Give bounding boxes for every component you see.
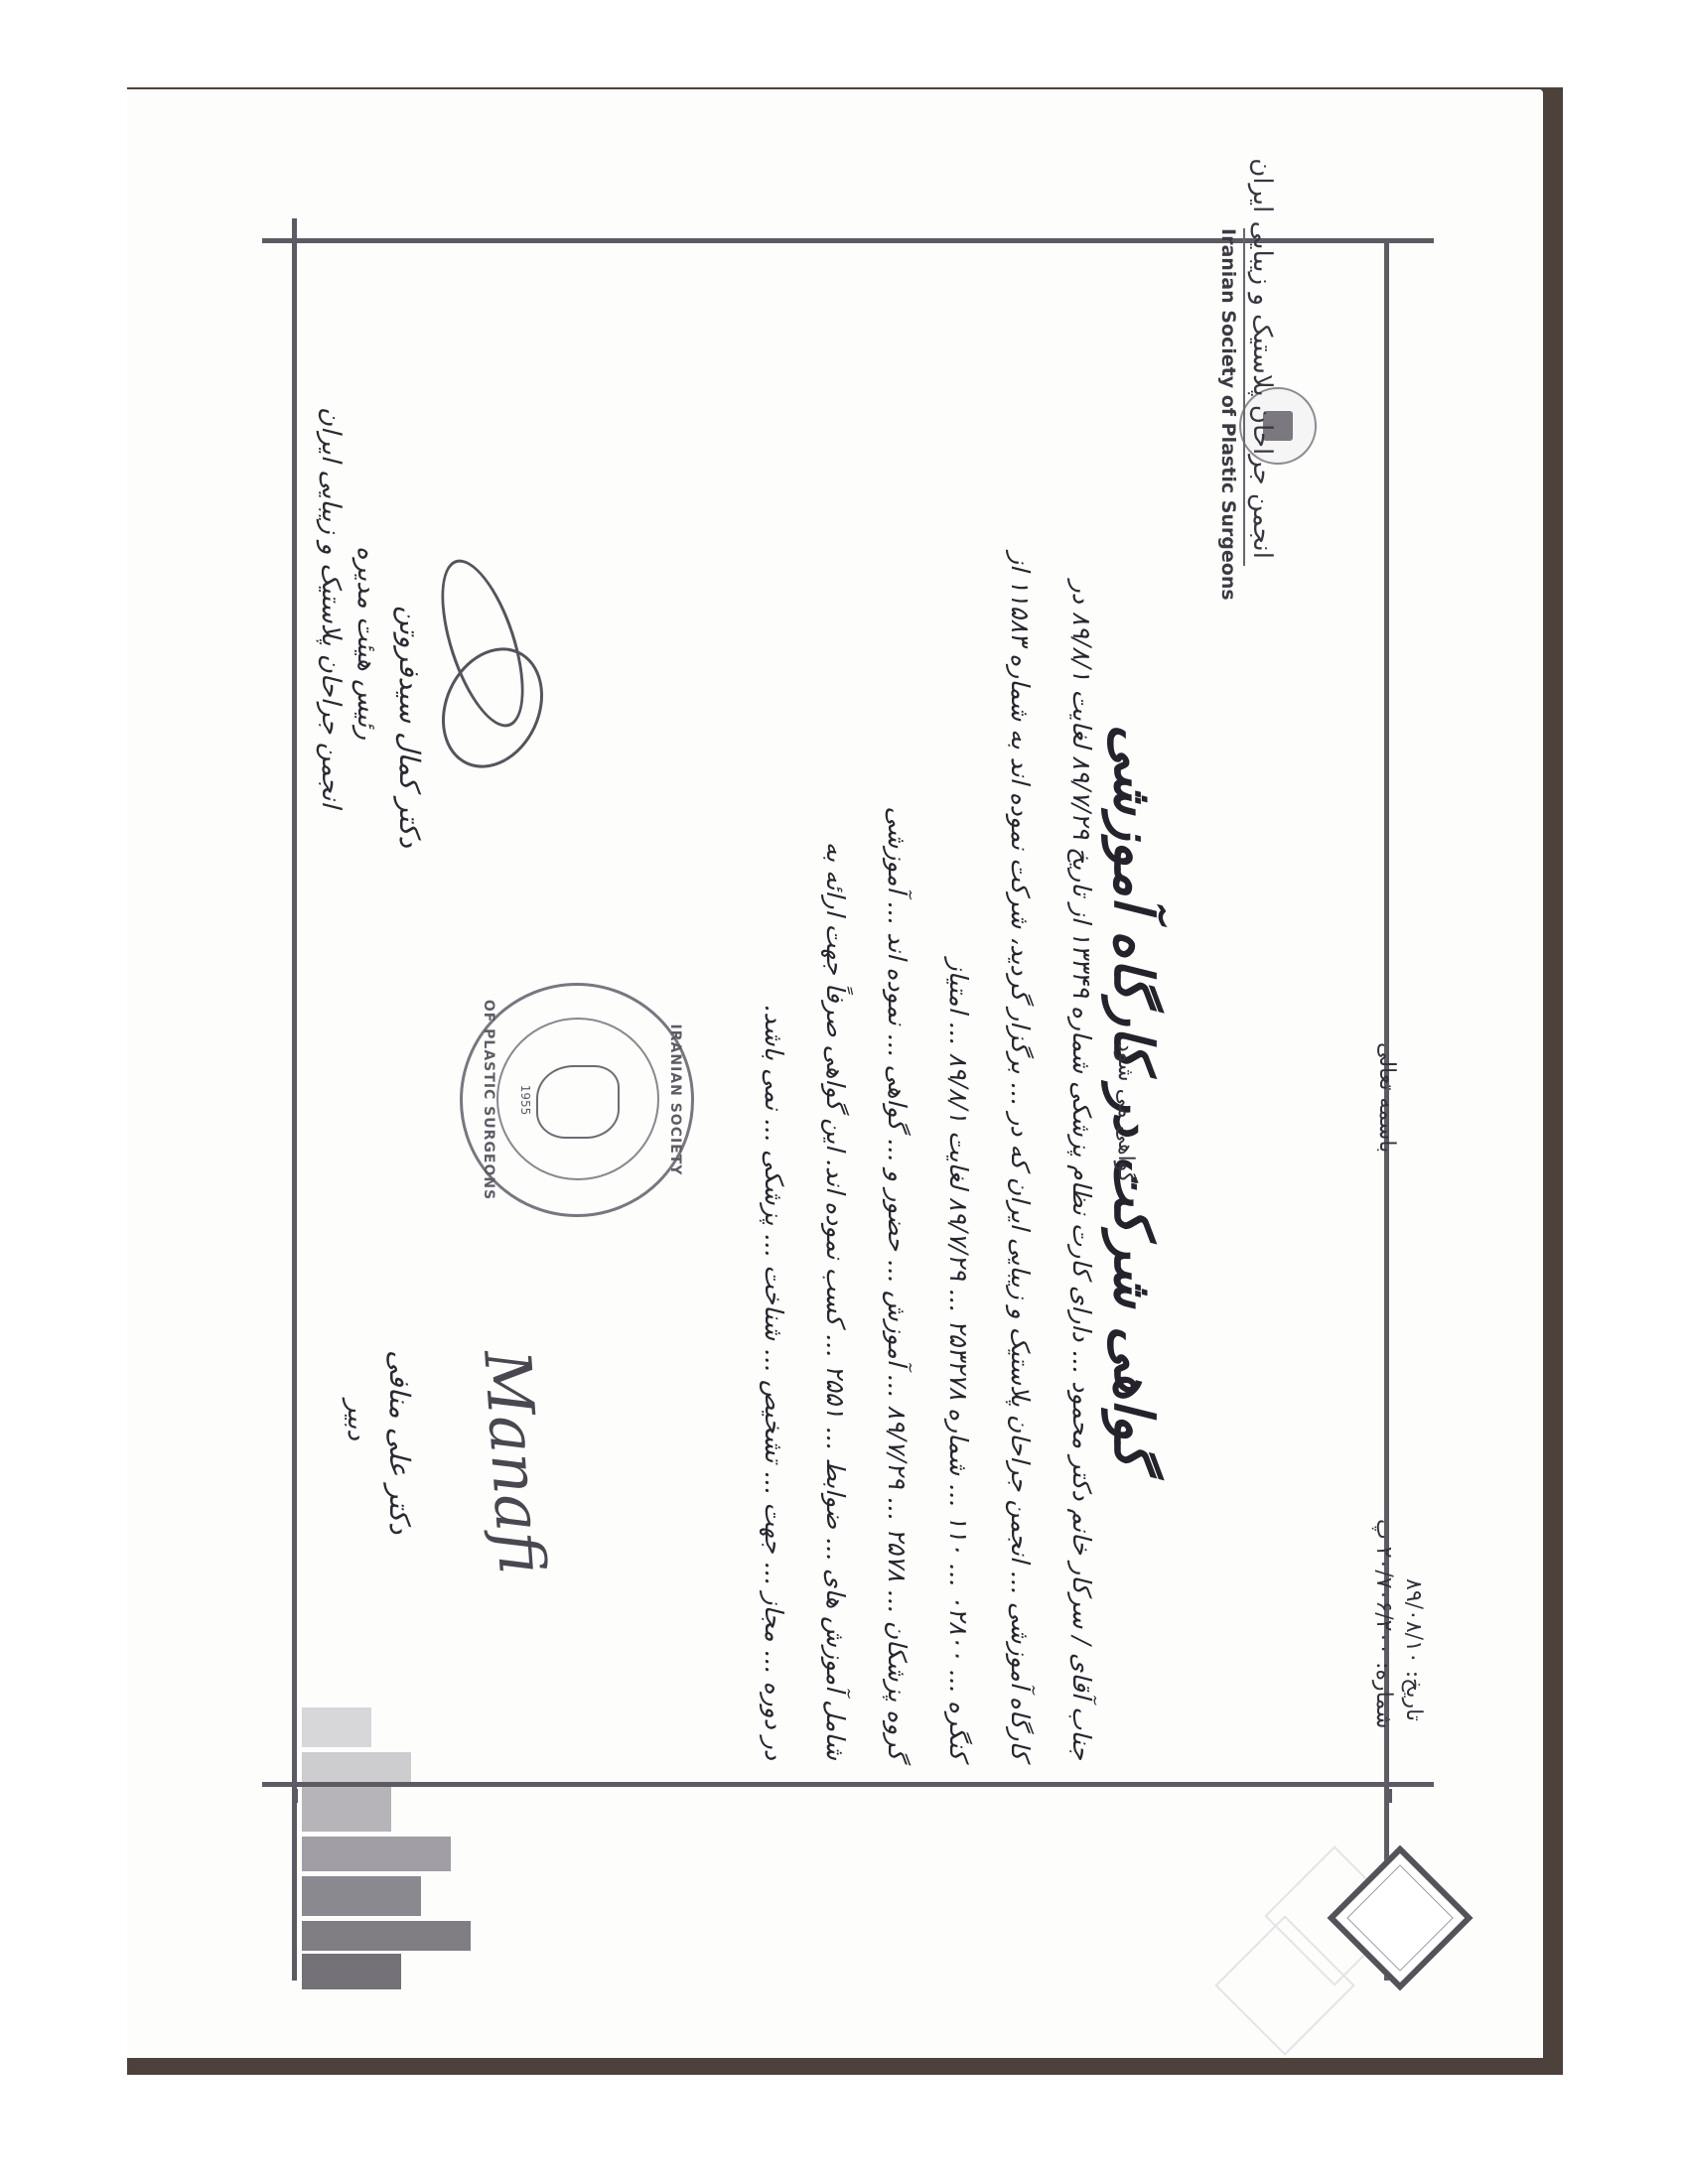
reference-number: شماره: ۲۰/۷۰۶/۲۰۰ پ	[1371, 1519, 1396, 1729]
frame-bottom-line	[292, 243, 297, 1980]
body-text-line: شامل آموزش های ... ضوابط ... ۲۵۵۱ ... کس…	[821, 842, 850, 1760]
society-name-underline	[1243, 228, 1245, 566]
seal-year: 1955	[518, 986, 532, 1214]
signatory-1-organization: انجمن جراحان پلاستیک و زیبایی ایران	[316, 407, 346, 808]
certificate-sheet: انجمن جراحان پلاستیک و زیبایی ایران Iran…	[127, 89, 1543, 2058]
signatory-2-signature: Manafi	[469, 1348, 558, 1576]
signatory-2-title: دبیر	[342, 1400, 371, 1440]
frame-corner-tick	[1387, 1789, 1392, 1803]
body-text-line: کارگاه آموزشی ... انجمن جراحان پلاستیک و…	[1006, 552, 1035, 1760]
body-text-line: گروه پزشکان ... ۲۵۷۸ ... ۸۹/۷/۲۹ ... آمو…	[883, 806, 912, 1760]
body-text-line: کنگره ... ۰۲۸۰۰ ... ۱۱۰ ... شماره ۲۵۳۲۷۸…	[944, 959, 973, 1760]
bismillah-heading: باسمه تعالی	[1374, 1042, 1399, 1153]
official-seal: IRANIAN SOCIETY 1955 OF PLASTIC SURGEONS	[460, 983, 694, 1217]
city-skyline-watermark	[302, 1698, 540, 1995]
seal-emblem-icon	[536, 1065, 620, 1139]
certify-label: گواهی می شود	[1113, 1042, 1138, 1183]
signatory-1-title: رئیس هیئت مدیره	[352, 546, 381, 740]
frame-corner-tick	[292, 218, 297, 238]
date-label: تاریخ: ۸۹/۰۸/۱۰	[1401, 1578, 1426, 1721]
body-text-line: در دوره ... مجاز ... جهت ... تشخیص ... ش…	[760, 1005, 788, 1761]
society-name-en: Iranian Society of Plastic Surgeons	[1217, 228, 1239, 601]
seal-text-bottom: OF PLASTIC SURGEONS	[481, 986, 496, 1214]
seal-text-top: IRANIAN SOCIETY	[667, 986, 683, 1214]
frame-corner-tick	[293, 1789, 298, 1803]
society-name-fa: انجمن جراحان پلاستیک و زیبایی ایران	[1247, 158, 1277, 559]
frame-corner-tick	[1398, 1782, 1412, 1787]
signatory-1-name: دکتر کمال سیدفروتن	[393, 606, 426, 848]
body-text-line: جناب آقای / سرکار خانم دکتر محمود ... دا…	[1067, 581, 1096, 1760]
signatory-2-name: دکتر علی منافی	[383, 1350, 416, 1535]
signature-scribble	[423, 631, 562, 785]
